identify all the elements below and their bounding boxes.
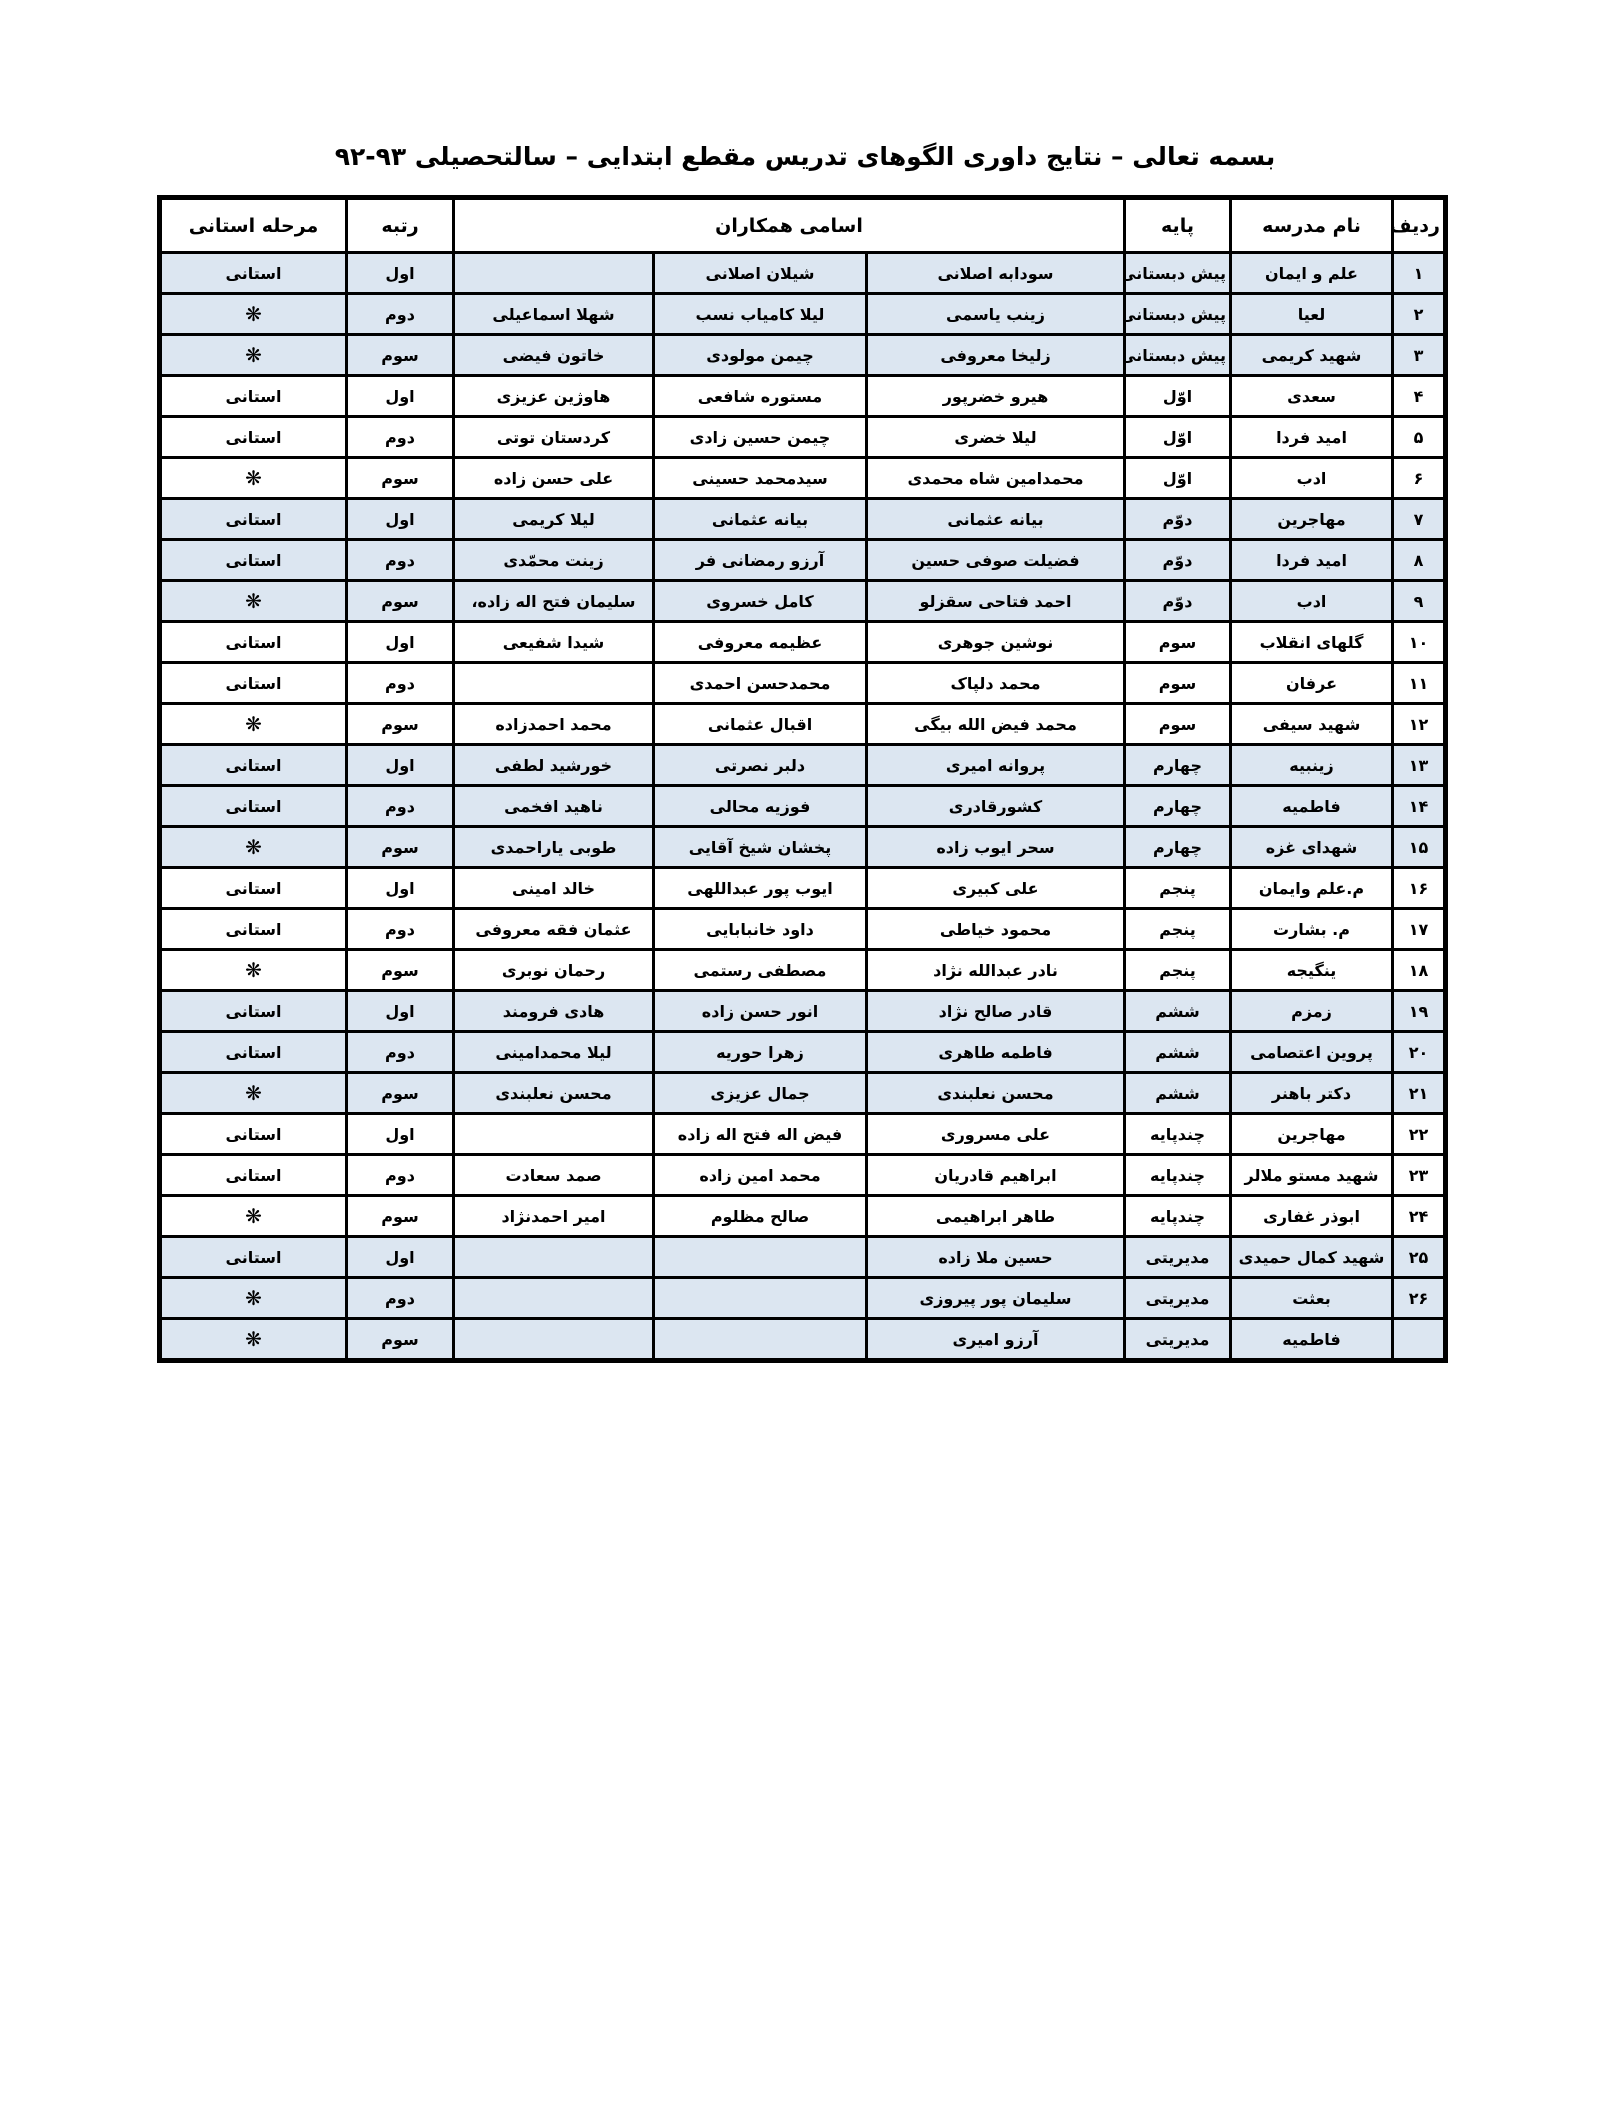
- cell-colleague-3: [454, 663, 654, 704]
- cell-school-name: بعثت: [1231, 1278, 1393, 1319]
- table-row: ۱۱عرفانسوممحمد دلپاکمحمدحسن احمدیدوماستا…: [160, 663, 1446, 704]
- header-row-number: ردیف: [1393, 198, 1446, 253]
- cell-provincial-stage: استانی: [160, 991, 347, 1032]
- cell-colleague-3: خالد امینی: [454, 868, 654, 909]
- cell-colleague-1: محمود خیاطی: [867, 909, 1125, 950]
- cell-school-name: گلهای انقلاب: [1231, 622, 1393, 663]
- cell-colleague-2: بیانه عثمانی: [654, 499, 867, 540]
- cell-rank: دوم: [347, 540, 454, 581]
- cell-rank: اول: [347, 868, 454, 909]
- cell-colleague-2: کامل خسروی: [654, 581, 867, 622]
- table-row: ۲۶بعثتمدیریتیسلیمان پور پیروزیدوم❋: [160, 1278, 1446, 1319]
- cell-rank: سوم: [347, 827, 454, 868]
- cell-colleague-1: نوشین جوهری: [867, 622, 1125, 663]
- cell-colleague-1: فضیلت صوفی حسین: [867, 540, 1125, 581]
- cell-colleague-2: عظیمه معروفی: [654, 622, 867, 663]
- cell-rank: سوم: [347, 335, 454, 376]
- cell-school-name: لعیا: [1231, 294, 1393, 335]
- table-row: ۲۴ابوذر غفاریچندپایهطاهر ابراهیمیصالح مظ…: [160, 1196, 1446, 1237]
- cell-rank: سوم: [347, 581, 454, 622]
- cell-grade: چندپایه: [1125, 1196, 1231, 1237]
- cell-colleague-1: علی مسروری: [867, 1114, 1125, 1155]
- cell-grade: دوّم: [1125, 581, 1231, 622]
- page-title: بسمه تعالی – نتایج داوری الگوهای تدریس م…: [160, 142, 1450, 171]
- cell-school-name: شهدای غزه: [1231, 827, 1393, 868]
- cell-grade: ششم: [1125, 991, 1231, 1032]
- cell-colleague-1: علی کبیری: [867, 868, 1125, 909]
- cell-colleague-3: محمد احمدزاده: [454, 704, 654, 745]
- cell-row-number: ۹: [1393, 581, 1446, 622]
- cell-rank: دوم: [347, 663, 454, 704]
- cell-colleague-3: [454, 1278, 654, 1319]
- cell-grade: سوم: [1125, 622, 1231, 663]
- document-page: بسمه تعالی – نتایج داوری الگوهای تدریس م…: [0, 0, 1600, 2128]
- cell-grade: پنجم: [1125, 950, 1231, 991]
- cell-grade: پیش دبستانی: [1125, 253, 1231, 294]
- cell-school-name: سعدی: [1231, 376, 1393, 417]
- cell-provincial-stage: استانی: [160, 786, 347, 827]
- cell-rank: اول: [347, 1114, 454, 1155]
- cell-grade: چهارم: [1125, 827, 1231, 868]
- header-grade: پایه: [1125, 198, 1231, 253]
- cell-colleague-2: دلبر نصرتی: [654, 745, 867, 786]
- header-colleagues: اسامی همکاران: [454, 198, 1125, 253]
- cell-provincial-stage: ❋: [160, 704, 347, 745]
- results-table: ردیف نام مدرسه پایه اسامی همکاران رتبه م…: [157, 195, 1448, 1363]
- table-row: ۱۹زمزمششمقادر صالح نژادانور حسن زادههادی…: [160, 991, 1446, 1032]
- cell-grade: پیش دبستانی: [1125, 294, 1231, 335]
- cell-rank: دوم: [347, 294, 454, 335]
- cell-provincial-stage: استانی: [160, 417, 347, 458]
- cell-grade: پنجم: [1125, 909, 1231, 950]
- cell-rank: دوم: [347, 1278, 454, 1319]
- header-provincial-stage: مرحله استانی: [160, 198, 347, 253]
- cell-row-number: ۱۴: [1393, 786, 1446, 827]
- cell-colleague-2: اقبال عثمانی: [654, 704, 867, 745]
- cell-grade: ششم: [1125, 1032, 1231, 1073]
- cell-provincial-stage: ❋: [160, 581, 347, 622]
- cell-colleague-1: آرزو امیری: [867, 1319, 1125, 1361]
- cell-colleague-3: هاوژین عزیزی: [454, 376, 654, 417]
- table-row: ۲لعیاپیش دبستانیزینب یاسمیلیلا کامیاب نس…: [160, 294, 1446, 335]
- cell-provincial-stage: استانی: [160, 663, 347, 704]
- table-row: ۲۱دکتر باهنرششممحسن نعلبندیجمال عزیزیمحس…: [160, 1073, 1446, 1114]
- cell-school-name: شهید کمال حمیدی: [1231, 1237, 1393, 1278]
- cell-row-number: ۳: [1393, 335, 1446, 376]
- cell-provincial-stage: استانی: [160, 1237, 347, 1278]
- cell-colleague-3: کردستان توتی: [454, 417, 654, 458]
- table-row: ۲۳شهید مستو ملالرچندپایهابراهیم قادریانم…: [160, 1155, 1446, 1196]
- cell-school-name: م.علم وایمان: [1231, 868, 1393, 909]
- cell-colleague-1: محسن نعلبندی: [867, 1073, 1125, 1114]
- cell-colleague-1: قادر صالح نژاد: [867, 991, 1125, 1032]
- cell-provincial-stage: استانی: [160, 622, 347, 663]
- cell-rank: اول: [347, 991, 454, 1032]
- table-row: ۱۴فاطمیهچهارمکشورقادریفوزیه محالیناهید ا…: [160, 786, 1446, 827]
- cell-provincial-stage: ❋: [160, 827, 347, 868]
- cell-school-name: ادب: [1231, 581, 1393, 622]
- cell-row-number: ۸: [1393, 540, 1446, 581]
- cell-colleague-2: [654, 1319, 867, 1361]
- cell-row-number: ۱۳: [1393, 745, 1446, 786]
- cell-provincial-stage: ❋: [160, 1319, 347, 1361]
- table-row: ۸امید فردادوّمفضیلت صوفی حسینآرزو رمضانی…: [160, 540, 1446, 581]
- cell-colleague-3: شهلا اسماعیلی: [454, 294, 654, 335]
- cell-grade: دوّم: [1125, 540, 1231, 581]
- cell-colleague-1: لیلا خضری: [867, 417, 1125, 458]
- cell-colleague-3: طوبی یاراحمدی: [454, 827, 654, 868]
- cell-row-number: ۲۲: [1393, 1114, 1446, 1155]
- header-school-name: نام مدرسه: [1231, 198, 1393, 253]
- cell-colleague-2: ایوب پور عبداللهی: [654, 868, 867, 909]
- cell-colleague-2: مصطفی رستمی: [654, 950, 867, 991]
- cell-row-number: [1393, 1319, 1446, 1361]
- cell-colleague-3: [454, 253, 654, 294]
- cell-grade: اوّل: [1125, 458, 1231, 499]
- cell-colleague-1: هیرو خضرپور: [867, 376, 1125, 417]
- cell-provincial-stage: ❋: [160, 294, 347, 335]
- cell-row-number: ۲۴: [1393, 1196, 1446, 1237]
- cell-school-name: فاطمیه: [1231, 786, 1393, 827]
- cell-provincial-stage: ❋: [160, 1196, 347, 1237]
- cell-rank: سوم: [347, 1073, 454, 1114]
- table-row: ۱۶م.علم وایمانپنجمعلی کبیریایوب پور عبدا…: [160, 868, 1446, 909]
- cell-row-number: ۲۵: [1393, 1237, 1446, 1278]
- cell-row-number: ۱۶: [1393, 868, 1446, 909]
- cell-colleague-3: امیر احمدنژاد: [454, 1196, 654, 1237]
- cell-colleague-1: زینب یاسمی: [867, 294, 1125, 335]
- cell-grade: چندپایه: [1125, 1114, 1231, 1155]
- cell-row-number: ۱۹: [1393, 991, 1446, 1032]
- cell-colleague-1: نادر عبدالله نژاد: [867, 950, 1125, 991]
- cell-colleague-3: [454, 1114, 654, 1155]
- cell-grade: اوّل: [1125, 417, 1231, 458]
- cell-provincial-stage: استانی: [160, 253, 347, 294]
- cell-row-number: ۱۰: [1393, 622, 1446, 663]
- cell-grade: اوّل: [1125, 376, 1231, 417]
- cell-rank: اول: [347, 622, 454, 663]
- table-row: ۱۰گلهای انقلابسومنوشین جوهریعظیمه معروفی…: [160, 622, 1446, 663]
- cell-colleague-1: سلیمان پور پیروزی: [867, 1278, 1125, 1319]
- results-tbody: ۱علم و ایمانپیش دبستانیسودابه اصلانیشیلا…: [160, 253, 1446, 1361]
- cell-provincial-stage: استانی: [160, 868, 347, 909]
- cell-row-number: ۱۸: [1393, 950, 1446, 991]
- cell-colleague-1: طاهر ابراهیمی: [867, 1196, 1125, 1237]
- cell-colleague-2: داود خانبابایی: [654, 909, 867, 950]
- cell-row-number: ۱۷: [1393, 909, 1446, 950]
- table-row: ۷مهاجریندوّمبیانه عثمانیبیانه عثمانیلیلا…: [160, 499, 1446, 540]
- cell-colleague-3: خاتون فیضی: [454, 335, 654, 376]
- cell-colleague-1: کشورقادری: [867, 786, 1125, 827]
- cell-school-name: ابوذر غفاری: [1231, 1196, 1393, 1237]
- cell-school-name: شهید مستو ملالر: [1231, 1155, 1393, 1196]
- cell-colleague-1: بیانه عثمانی: [867, 499, 1125, 540]
- cell-colleague-3: شیدا شفیعی: [454, 622, 654, 663]
- cell-rank: اول: [347, 376, 454, 417]
- cell-colleague-1: محمد فیض الله بیگی: [867, 704, 1125, 745]
- cell-row-number: ۴: [1393, 376, 1446, 417]
- table-row: ۱۳زینبیهچهارمپروانه امیریدلبر نصرتیخورشی…: [160, 745, 1446, 786]
- cell-provincial-stage: استانی: [160, 1032, 347, 1073]
- cell-row-number: ۱: [1393, 253, 1446, 294]
- table-header: ردیف نام مدرسه پایه اسامی همکاران رتبه م…: [160, 198, 1446, 253]
- cell-provincial-stage: استانی: [160, 745, 347, 786]
- cell-school-name: شهید کریمی: [1231, 335, 1393, 376]
- cell-rank: دوم: [347, 909, 454, 950]
- cell-row-number: ۲۶: [1393, 1278, 1446, 1319]
- cell-school-name: مهاجرین: [1231, 1114, 1393, 1155]
- cell-school-name: دکتر باهنر: [1231, 1073, 1393, 1114]
- cell-school-name: شهید سیفی: [1231, 704, 1393, 745]
- cell-row-number: ۵: [1393, 417, 1446, 458]
- cell-colleague-1: ابراهیم قادریان: [867, 1155, 1125, 1196]
- cell-grade: مدیریتی: [1125, 1237, 1231, 1278]
- cell-rank: سوم: [347, 704, 454, 745]
- cell-colleague-2: پخشان شیخ آقایی: [654, 827, 867, 868]
- cell-grade: پنجم: [1125, 868, 1231, 909]
- cell-provincial-stage: ❋: [160, 1278, 347, 1319]
- cell-grade: سوم: [1125, 663, 1231, 704]
- cell-school-name: مهاجرین: [1231, 499, 1393, 540]
- cell-grade: پیش دبستانی: [1125, 335, 1231, 376]
- cell-colleague-2: جمال عزیزی: [654, 1073, 867, 1114]
- cell-rank: دوم: [347, 1032, 454, 1073]
- cell-row-number: ۶: [1393, 458, 1446, 499]
- table-row: ۱۸ینگیجهپنجمنادر عبدالله نژادمصطفی رستمی…: [160, 950, 1446, 991]
- cell-provincial-stage: استانی: [160, 1114, 347, 1155]
- cell-grade: مدیریتی: [1125, 1278, 1231, 1319]
- cell-grade: چهارم: [1125, 786, 1231, 827]
- header-row: ردیف نام مدرسه پایه اسامی همکاران رتبه م…: [160, 198, 1446, 253]
- cell-colleague-1: پروانه امیری: [867, 745, 1125, 786]
- table-row: فاطمیهمدیریتیآرزو امیریسوم❋: [160, 1319, 1446, 1361]
- table-row: ۵امید فردااوّللیلا خضریچیمن حسین زادیکرد…: [160, 417, 1446, 458]
- cell-colleague-1: محمدامین شاه محمدی: [867, 458, 1125, 499]
- cell-school-name: زمزم: [1231, 991, 1393, 1032]
- cell-colleague-3: رحمان نوبری: [454, 950, 654, 991]
- cell-colleague-2: سیدمحمد حسینی: [654, 458, 867, 499]
- cell-colleague-2: [654, 1278, 867, 1319]
- cell-colleague-2: لیلا کامیاب نسب: [654, 294, 867, 335]
- cell-row-number: ۲۰: [1393, 1032, 1446, 1073]
- cell-colleague-2: محمد امین زاده: [654, 1155, 867, 1196]
- cell-colleague-3: لیلا کریمی: [454, 499, 654, 540]
- cell-school-name: فاطمیه: [1231, 1319, 1393, 1361]
- cell-colleague-1: فاطمه طاهری: [867, 1032, 1125, 1073]
- cell-row-number: ۲۳: [1393, 1155, 1446, 1196]
- cell-colleague-1: احمد فتاحی سقزلو: [867, 581, 1125, 622]
- cell-grade: دوّم: [1125, 499, 1231, 540]
- cell-row-number: ۱۱: [1393, 663, 1446, 704]
- cell-school-name: م. بشارت: [1231, 909, 1393, 950]
- table-row: ۹ادبدوّماحمد فتاحی سقزلوکامل خسرویسلیمان…: [160, 581, 1446, 622]
- cell-colleague-2: صالح مظلوم: [654, 1196, 867, 1237]
- cell-grade: مدیریتی: [1125, 1319, 1231, 1361]
- cell-school-name: امید فردا: [1231, 540, 1393, 581]
- cell-provincial-stage: استانی: [160, 499, 347, 540]
- cell-colleague-3: [454, 1319, 654, 1361]
- cell-rank: اول: [347, 499, 454, 540]
- cell-rank: سوم: [347, 950, 454, 991]
- cell-colleague-2: چیمن مولودی: [654, 335, 867, 376]
- table-row: ۱۲شهید سیفیسوممحمد فیض الله بیگیاقبال عث…: [160, 704, 1446, 745]
- cell-school-name: ینگیجه: [1231, 950, 1393, 991]
- cell-colleague-1: حسین ملا زاده: [867, 1237, 1125, 1278]
- cell-school-name: زینبیه: [1231, 745, 1393, 786]
- cell-colleague-2: فیض اله فتح اله زاده: [654, 1114, 867, 1155]
- cell-provincial-stage: استانی: [160, 540, 347, 581]
- cell-grade: چهارم: [1125, 745, 1231, 786]
- table-row: ۲۰پروین اعتصامیششمفاطمه طاهریزهرا حوریهل…: [160, 1032, 1446, 1073]
- cell-colleague-2: شیلان اصلانی: [654, 253, 867, 294]
- cell-colleague-2: زهرا حوریه: [654, 1032, 867, 1073]
- cell-colleague-3: هادی فرومند: [454, 991, 654, 1032]
- table-row: ۱علم و ایمانپیش دبستانیسودابه اصلانیشیلا…: [160, 253, 1446, 294]
- cell-rank: سوم: [347, 1196, 454, 1237]
- cell-colleague-3: عثمان فقه معروفی: [454, 909, 654, 950]
- cell-rank: سوم: [347, 1319, 454, 1361]
- table-row: ۲۵شهید کمال حمیدیمدیریتیحسین ملا زادهاول…: [160, 1237, 1446, 1278]
- cell-school-name: علم و ایمان: [1231, 253, 1393, 294]
- cell-row-number: ۲۱: [1393, 1073, 1446, 1114]
- cell-colleague-2: [654, 1237, 867, 1278]
- cell-rank: اول: [347, 253, 454, 294]
- cell-rank: اول: [347, 1237, 454, 1278]
- cell-provincial-stage: ❋: [160, 335, 347, 376]
- cell-colleague-2: فوزیه محالی: [654, 786, 867, 827]
- table-row: ۴سعدیاوّلهیرو خضرپورمستوره شافعیهاوژین ع…: [160, 376, 1446, 417]
- cell-school-name: ادب: [1231, 458, 1393, 499]
- cell-row-number: ۱۲: [1393, 704, 1446, 745]
- cell-provincial-stage: ❋: [160, 1073, 347, 1114]
- cell-colleague-1: محمد دلپاک: [867, 663, 1125, 704]
- cell-colleague-3: صمد سعادت: [454, 1155, 654, 1196]
- cell-row-number: ۷: [1393, 499, 1446, 540]
- cell-colleague-2: انور حسن زاده: [654, 991, 867, 1032]
- cell-school-name: عرفان: [1231, 663, 1393, 704]
- cell-school-name: امید فردا: [1231, 417, 1393, 458]
- cell-provincial-stage: ❋: [160, 458, 347, 499]
- cell-colleague-3: خورشید لطفی: [454, 745, 654, 786]
- cell-colleague-3: سلیمان فتح اله زاده،: [454, 581, 654, 622]
- table-row: ۱۷م. بشارتپنجممحمود خیاطیداود خانباباییع…: [160, 909, 1446, 950]
- cell-provincial-stage: ❋: [160, 950, 347, 991]
- table-row: ۲۲مهاجرینچندپایهعلی مسروریفیض اله فتح ال…: [160, 1114, 1446, 1155]
- cell-row-number: ۱۵: [1393, 827, 1446, 868]
- cell-colleague-3: زینت محمّدی: [454, 540, 654, 581]
- cell-colleague-2: مستوره شافعی: [654, 376, 867, 417]
- cell-colleague-2: چیمن حسین زادی: [654, 417, 867, 458]
- cell-provincial-stage: استانی: [160, 1155, 347, 1196]
- cell-colleague-3: لیلا محمدامینی: [454, 1032, 654, 1073]
- cell-rank: سوم: [347, 458, 454, 499]
- cell-rank: دوم: [347, 417, 454, 458]
- cell-rank: دوم: [347, 1155, 454, 1196]
- cell-colleague-3: محسن نعلبندی: [454, 1073, 654, 1114]
- cell-grade: ششم: [1125, 1073, 1231, 1114]
- cell-colleague-1: سودابه اصلانی: [867, 253, 1125, 294]
- cell-rank: اول: [347, 745, 454, 786]
- cell-colleague-1: زلیخا معروفی: [867, 335, 1125, 376]
- cell-grade: سوم: [1125, 704, 1231, 745]
- cell-colleague-1: سحر ایوب زاده: [867, 827, 1125, 868]
- table-row: ۶ادباوّلمحمدامین شاه محمدیسیدمحمد حسینیع…: [160, 458, 1446, 499]
- cell-colleague-3: علی حسن زاده: [454, 458, 654, 499]
- cell-grade: چندپایه: [1125, 1155, 1231, 1196]
- cell-provincial-stage: استانی: [160, 376, 347, 417]
- cell-school-name: پروین اعتصامی: [1231, 1032, 1393, 1073]
- table-row: ۳شهید کریمیپیش دبستانیزلیخا معروفیچیمن م…: [160, 335, 1446, 376]
- cell-colleague-2: محمدحسن احمدی: [654, 663, 867, 704]
- header-rank: رتبه: [347, 198, 454, 253]
- cell-rank: دوم: [347, 786, 454, 827]
- cell-provincial-stage: استانی: [160, 909, 347, 950]
- cell-row-number: ۲: [1393, 294, 1446, 335]
- cell-colleague-3: [454, 1237, 654, 1278]
- table-row: ۱۵شهدای غزهچهارمسحر ایوب زادهپخشان شیخ آ…: [160, 827, 1446, 868]
- cell-colleague-2: آرزو رمضانی فر: [654, 540, 867, 581]
- cell-colleague-3: ناهید افخمی: [454, 786, 654, 827]
